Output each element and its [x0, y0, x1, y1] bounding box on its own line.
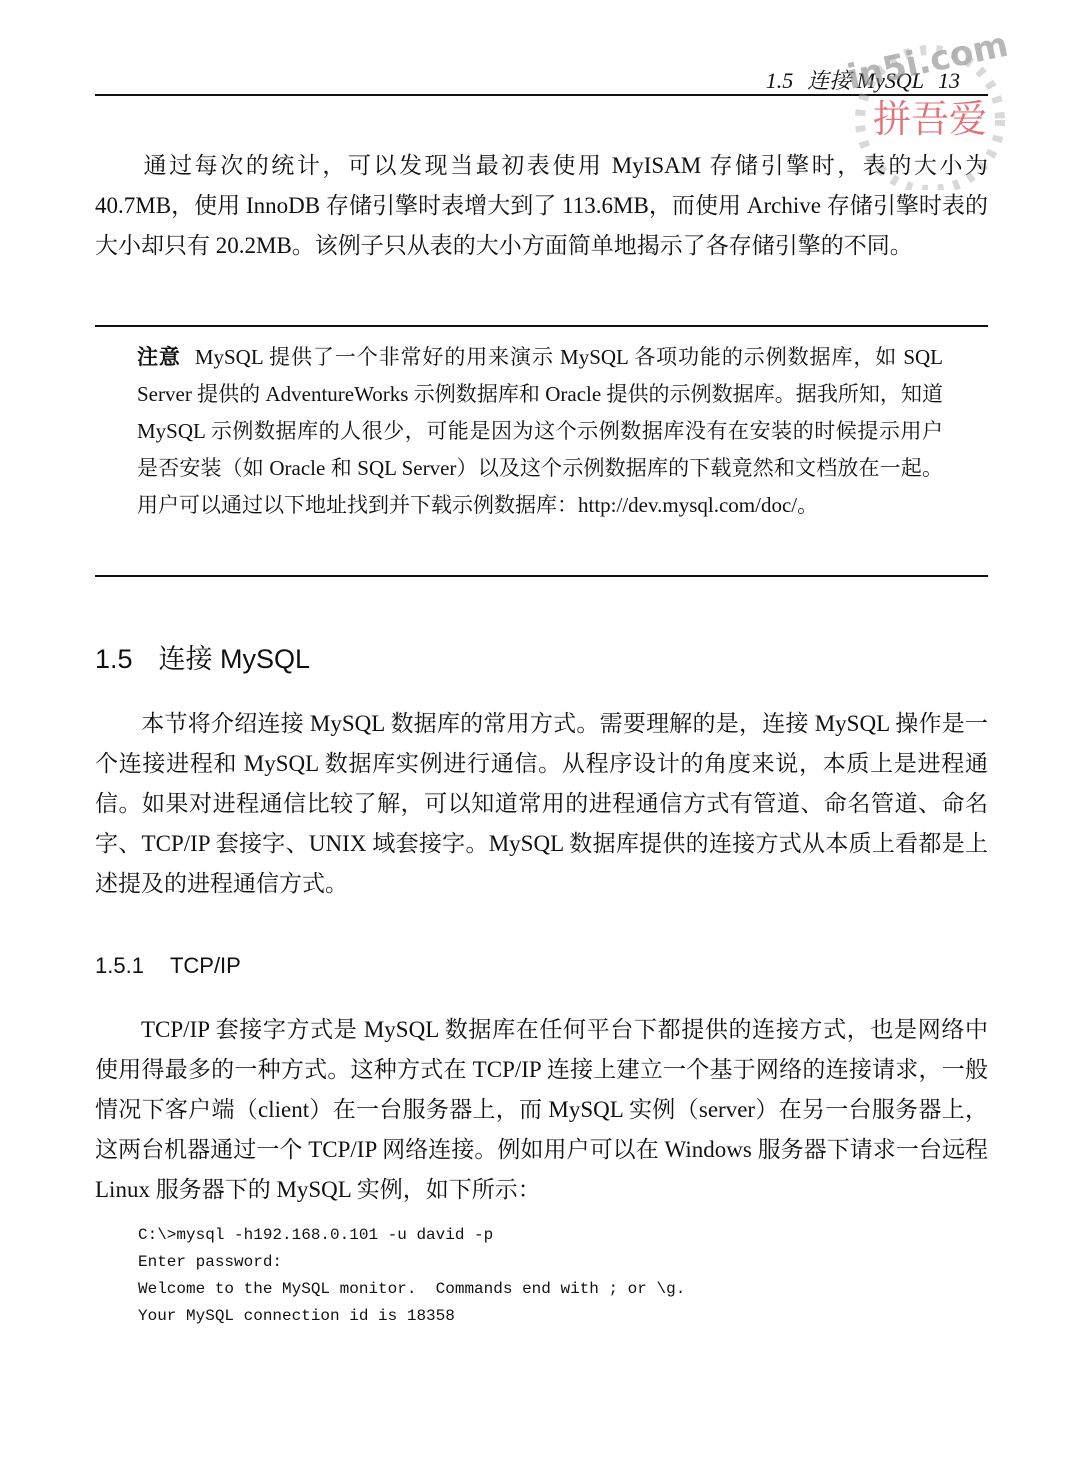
code-block: C:\>mysql -h192.168.0.101 -u david -pEnt…	[138, 1222, 685, 1330]
note-box: 注意MySQL 提供了一个非常好的用来演示 MySQL 各项功能的示例数据库，如…	[95, 325, 988, 577]
intro-paragraph-text: 通过每次的统计，可以发现当最初表使用 MyISAM 存储引擎时，表的大小为 40…	[95, 153, 988, 258]
code-line: Enter password:	[138, 1249, 685, 1276]
page-number: 13	[938, 68, 960, 93]
subsection-title: TCP/IP	[170, 953, 241, 978]
code-line: Your MySQL connection id is 18358	[138, 1303, 685, 1330]
subsection-paragraph-text: TCP/IP 套接字方式是 MySQL 数据库在任何平台下都提供的连接方式，也是…	[95, 1017, 988, 1202]
running-header: 1.5连接 MySQL13	[95, 62, 988, 96]
section-number: 1.5	[95, 644, 133, 674]
note-label: 注意	[137, 345, 181, 369]
intro-paragraph: 通过每次的统计，可以发现当最初表使用 MyISAM 存储引擎时，表的大小为 40…	[95, 146, 988, 266]
section-paragraph-text: 本节将介绍连接 MySQL 数据库的常用方式。需要理解的是，连接 MySQL 操…	[95, 711, 988, 896]
watermark-brand: 拼吾爱	[873, 97, 987, 141]
running-header-text: 1.5连接 MySQL13	[752, 64, 960, 95]
section-title: 连接 MySQL	[159, 644, 311, 674]
code-line: Welcome to the MySQL monitor. Commands e…	[138, 1276, 685, 1303]
subsection-heading: 1.5.1TCP/IP	[95, 952, 241, 980]
subsection-number: 1.5.1	[95, 953, 144, 978]
subsection-paragraph: TCP/IP 套接字方式是 MySQL 数据库在任何平台下都提供的连接方式，也是…	[95, 1010, 988, 1210]
header-section-title: 连接 MySQL	[807, 68, 924, 93]
note-text: MySQL 提供了一个非常好的用来演示 MySQL 各项功能的示例数据库，如 S…	[137, 345, 943, 517]
section-heading: 1.5连接 MySQL	[95, 642, 310, 676]
code-line: C:\>mysql -h192.168.0.101 -u david -p	[138, 1222, 685, 1249]
section-paragraph: 本节将介绍连接 MySQL 数据库的常用方式。需要理解的是，连接 MySQL 操…	[95, 704, 988, 904]
note-body: 注意MySQL 提供了一个非常好的用来演示 MySQL 各项功能的示例数据库，如…	[137, 339, 943, 524]
header-section-number: 1.5	[766, 68, 794, 93]
